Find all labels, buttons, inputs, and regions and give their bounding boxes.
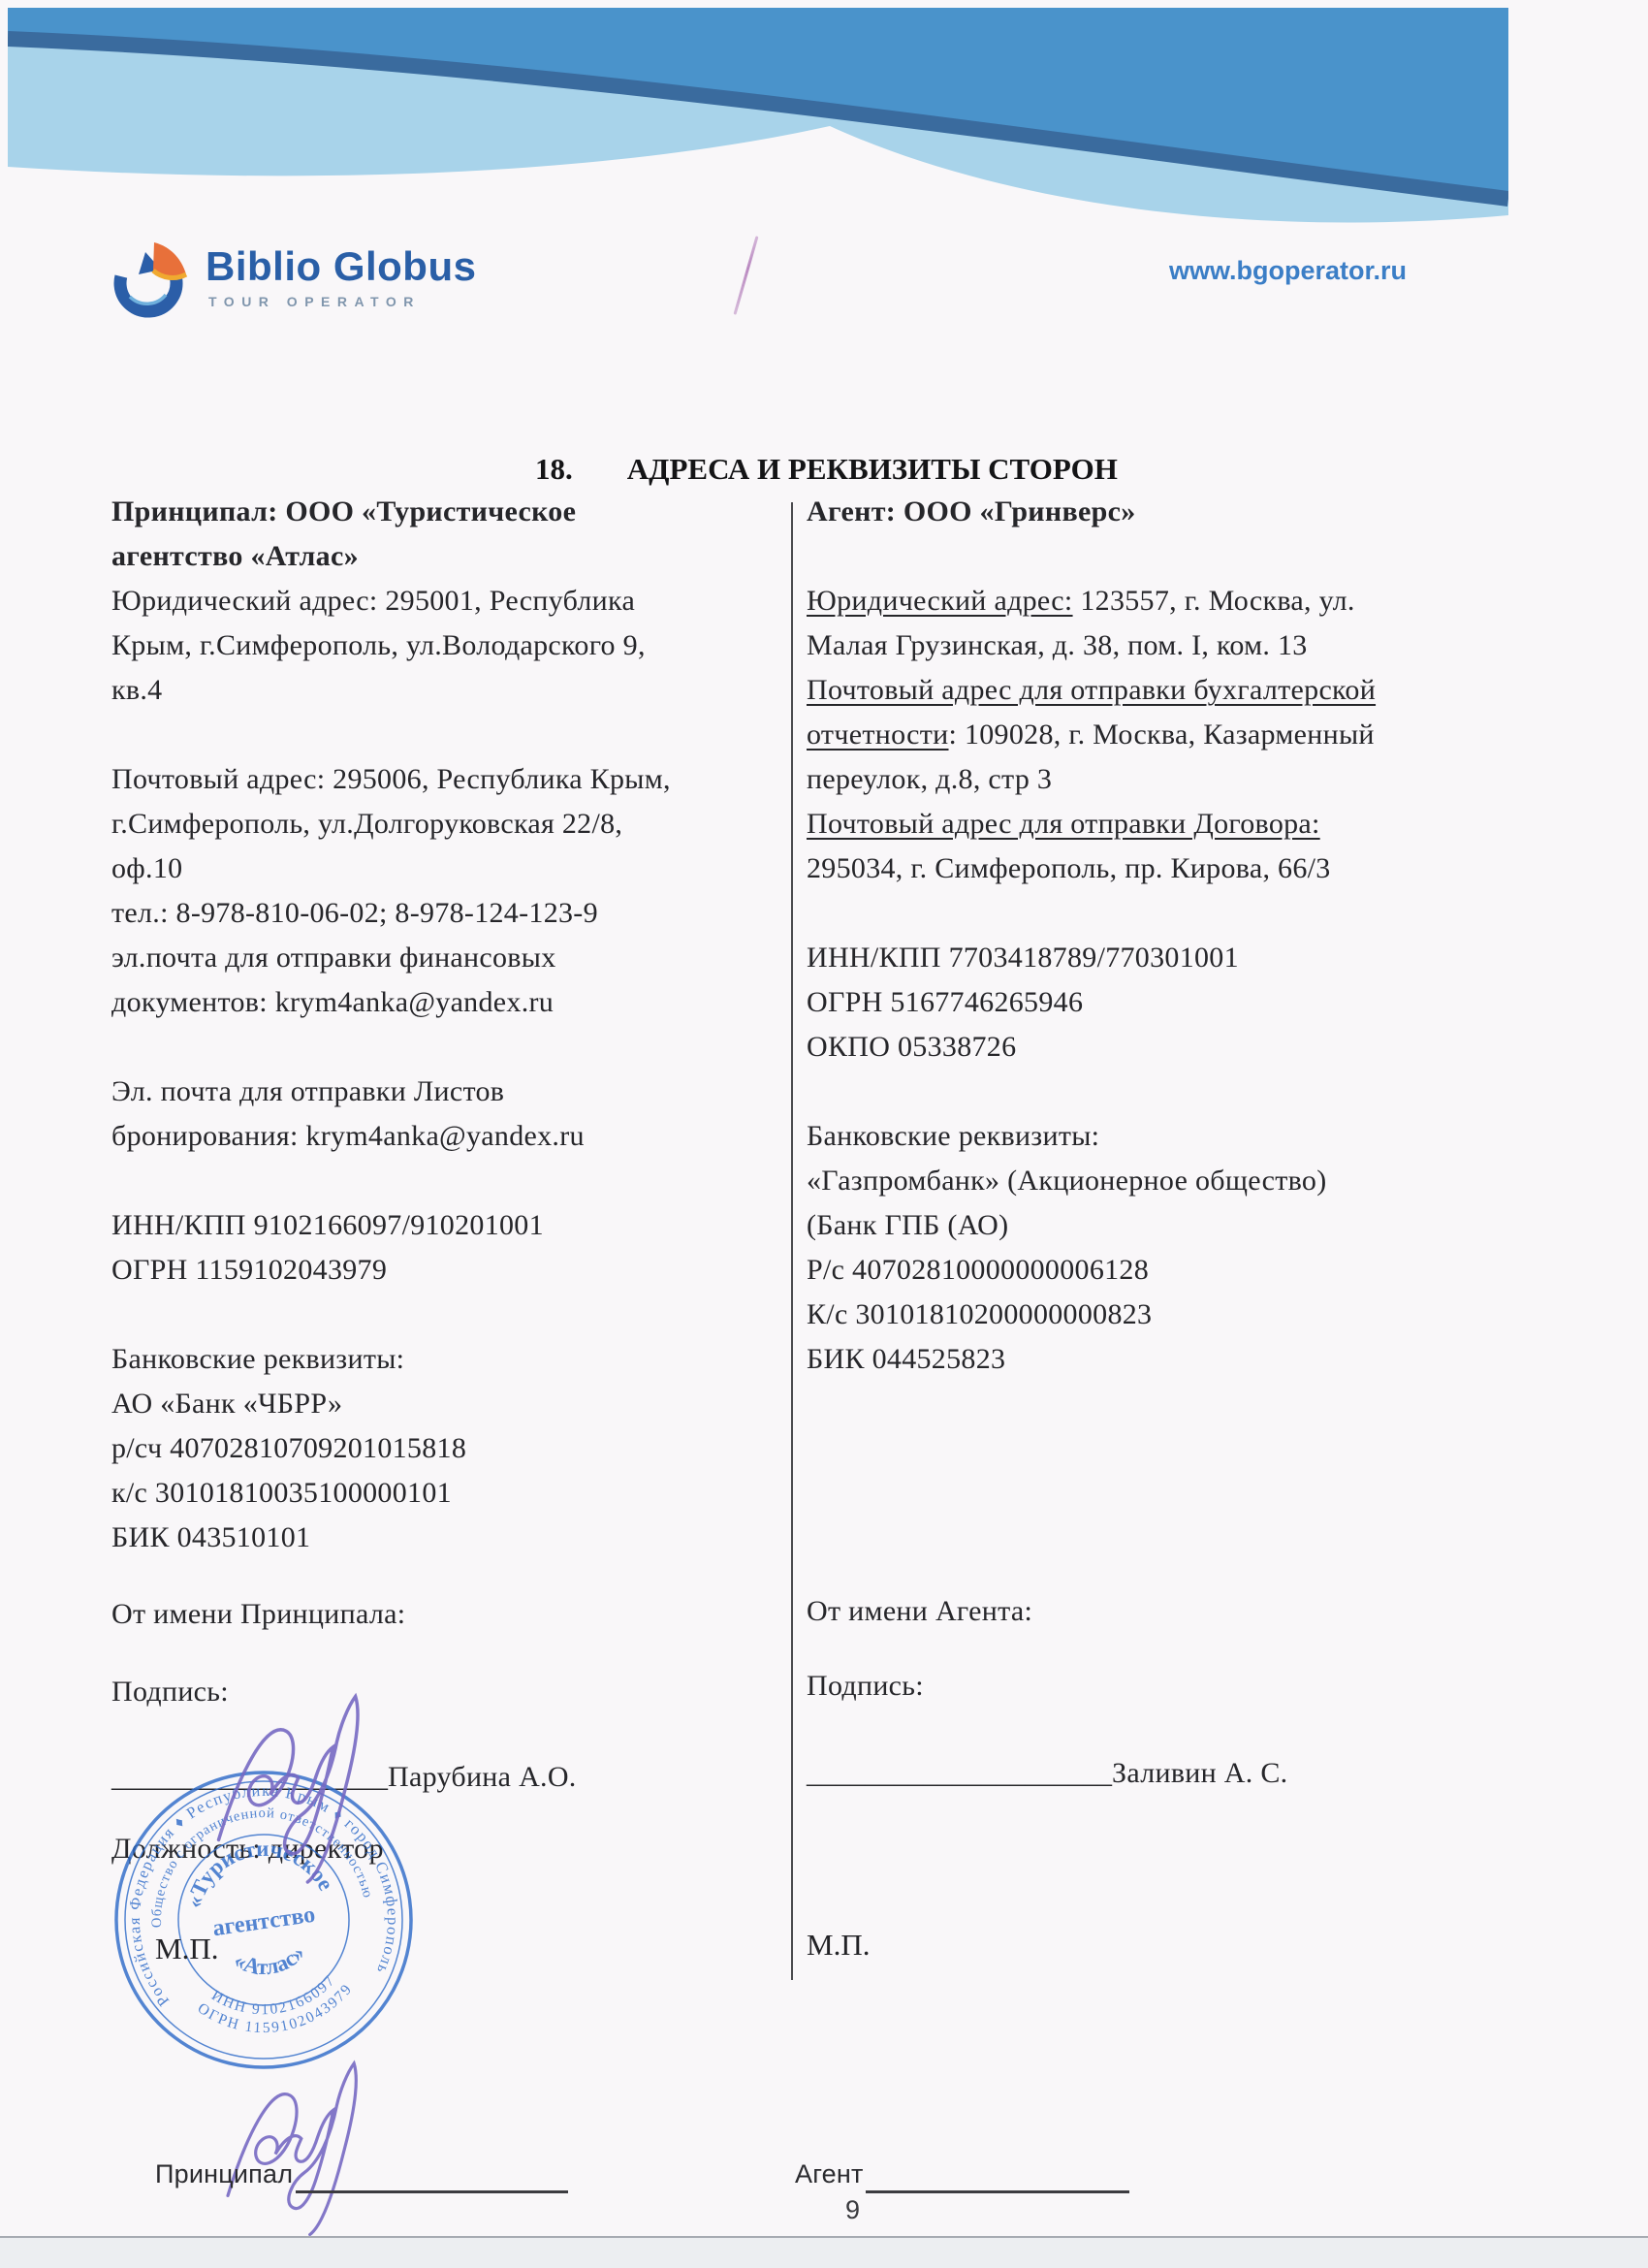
text-line: ИНН/КПП 7703418789/770301001 (807, 936, 1508, 980)
svg-text:«Атлас»: «Атлас» (228, 1938, 312, 1984)
text-line: ОГРН 5167746265946 (807, 980, 1508, 1025)
principal-column-body: Принципал: ООО «Туристическое агентство … (111, 490, 795, 1560)
stamp-company-name-middle: агентство (211, 1902, 317, 1942)
blank-line (111, 1025, 795, 1070)
biblio-globus-logo-icon (109, 239, 190, 320)
website-url: www.bgoperator.ru (1169, 256, 1407, 286)
text-line: К/с 30101810200000000823 (807, 1293, 1508, 1337)
footer-principal-signature-line (296, 2190, 568, 2193)
text-line: Почтовый адрес для отправки бухгалтерско… (807, 668, 1508, 802)
text-line: р/сч 40702810709201015818 (111, 1426, 795, 1471)
principal-from-name: От имени Принципала: (111, 1598, 405, 1631)
text-line: 295034, г. Симферополь, пр. Кирова, 66/3 (807, 847, 1508, 891)
agent-signature-label: Подпись: (807, 1670, 924, 1703)
footer-principal-label: Принципал (155, 2159, 293, 2189)
text-line: Банковские реквизиты: (807, 1114, 1508, 1159)
agent-signature-row: _____________________Заливин А. С. (807, 1757, 1287, 1790)
text-line: Юридический адрес: 295001, Республика Кр… (111, 579, 795, 713)
text-line: Почтовый адрес для отправки Договора: (807, 802, 1508, 847)
principal-handwritten-signature (206, 1685, 430, 1906)
text-line: Р/с 40702810000000006128 (807, 1248, 1508, 1293)
text-line: АО «Банк «ЧБРР» (111, 1382, 795, 1426)
text-line: ОГРН 1159102043979 (111, 1248, 795, 1293)
section-number: 18. (535, 452, 573, 486)
blank-line (111, 1159, 795, 1203)
agent-from-name: От имени Агента: (807, 1595, 1032, 1628)
text-line: (Банк ГПБ (АО) (807, 1203, 1508, 1248)
text-line: ОКПО 05338726 (807, 1025, 1508, 1070)
footer-agent-label: Агент (795, 2159, 864, 2189)
text-line: «Газпромбанк» (Акционерное общество) (807, 1159, 1508, 1203)
scanned-contract-page: Biblio Globus TOUR OPERATOR www.bgoperat… (0, 0, 1648, 2268)
text-line: Почтовый адрес: 295006, Республика Крым,… (111, 757, 795, 891)
text-line: БИК 044525823 (807, 1337, 1508, 1382)
page-number: 9 (845, 2195, 860, 2225)
text-line: тел.: 8-978-810-06-02; 8-978-124-123-9 (111, 891, 795, 936)
section-title-text: АДРЕСА И РЕКВИЗИТЫ СТОРОН (627, 452, 1118, 486)
agent-column-body: Агент: ООО «Гринверс»Юридический адрес: … (807, 490, 1508, 1382)
text-line: Принципал: ООО «Туристическое агентство … (111, 490, 795, 579)
blank-line (807, 534, 1508, 579)
text-line: Эл. почта для отправки Листов бронирован… (111, 1070, 795, 1159)
footer-handwritten-signature (215, 2056, 424, 2254)
text-line: ИНН/КПП 9102166097/910201001 (111, 1203, 795, 1248)
pen-stray-mark (733, 236, 758, 315)
blank-line (111, 1293, 795, 1337)
agent-signature-line: _____________________ (807, 1757, 1112, 1789)
text-line: к/с 30101810035100000101 (111, 1471, 795, 1516)
agent-signatory-name: Заливин А. С. (1112, 1757, 1287, 1789)
biblio-globus-logo-text: Biblio Globus TOUR OPERATOR (206, 244, 476, 309)
blank-line (111, 713, 795, 757)
stamp-company-name-bottom: «Атлас» (228, 1938, 312, 1984)
text-line: Банковские реквизиты: (111, 1337, 795, 1382)
section-title: 18.АДРЕСА И РЕКВИЗИТЫ СТОРОН (535, 452, 1118, 487)
text-line: эл.почта для отправки финансовых докумен… (111, 936, 795, 1025)
blank-line (807, 1070, 1508, 1114)
text-line: Юридический адрес: 123557, г. Москва, ул… (807, 579, 1508, 668)
text-line: БИК 043510101 (111, 1516, 795, 1560)
agent-stamp-place-mark: М.П. (807, 1928, 870, 1963)
footer-agent-signature-line (866, 2190, 1129, 2193)
blank-line (807, 891, 1508, 936)
scan-edge-strip (0, 2238, 1648, 2268)
principal-stamp-place-mark: М.П. (155, 1932, 218, 1966)
text-line: Агент: ООО «Гринверс» (807, 490, 1508, 534)
logo-name: Biblio Globus (206, 244, 476, 289)
logo-tagline: TOUR OPERATOR (208, 294, 476, 309)
header-wave-graphic (8, 8, 1508, 233)
